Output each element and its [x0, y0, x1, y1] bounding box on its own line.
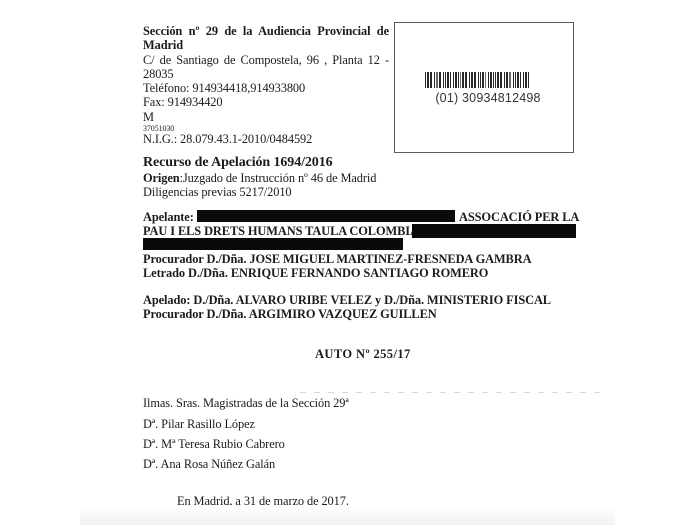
origin-label: Origen [143, 171, 180, 185]
phone-line: Teléfono: 914934418,914933800 [143, 81, 305, 95]
magistrates-heading: Ilmas. Sras. Magistradas de la Sección 2… [143, 396, 349, 410]
apelado-line: Apelado: D./Dña. ALVARO URIBE VELEZ y D.… [143, 293, 551, 307]
court-name-line1: Sección nº 29 de la Audiencia Provincial… [143, 24, 389, 38]
apelante-label: Apelante: [143, 210, 194, 224]
letter-code: M [143, 110, 154, 124]
magistrate-name: Dª. Mª Teresa Rubio Cabrero [143, 437, 285, 451]
magistrate-name: Dª. Ana Rosa Núñez Galán [143, 457, 275, 471]
procurador-apelado: Procurador D./Dña. ARGIMIRO VAZQUEZ GUIL… [143, 307, 437, 321]
address-line2: 28035 [143, 67, 173, 81]
scan-artifact [300, 392, 600, 393]
origin-value: :Juzgado de Instrucción nº 46 de Madrid [180, 171, 377, 185]
nig-line: N.I.G.: 28.079.43.1-2010/0484592 [143, 132, 312, 146]
address-line1: C/ de Santiago de Compostela, 96 , Plant… [143, 53, 389, 67]
document-page: Sección nº 29 de la Audiencia Provincial… [0, 0, 700, 525]
apelante-org-part2: PAU I ELS DRETS HUMANS TAULA COLOMBIA, [143, 224, 422, 238]
fax-line: Fax: 914934420 [143, 95, 222, 109]
barcode-box: (01) 30934812498 [394, 22, 574, 153]
auto-title: AUTO Nº 255/17 [315, 347, 411, 361]
barcode-number: (01) 30934812498 [423, 91, 553, 105]
apelante-org-part1: ASSOCACIÓ PER LA [459, 210, 579, 224]
origin-line: Origen:Juzgado de Instrucción nº 46 de M… [143, 171, 376, 185]
redaction-block-3 [143, 238, 403, 250]
diligencias-line: Diligencias previas 5217/2010 [143, 185, 292, 199]
page-edge-shadow [80, 505, 615, 525]
court-name-line2: Madrid [143, 38, 183, 52]
redaction-block-1 [197, 210, 455, 222]
case-title: Recurso de Apelación 1694/2016 [143, 155, 333, 171]
procurador-apelante: Procurador D./Dña. JOSE MIGUEL MARTINEZ-… [143, 252, 531, 266]
barcode-icon [425, 72, 548, 88]
magistrate-name: Dª. Pilar Rasillo López [143, 417, 255, 431]
redaction-block-2 [412, 224, 576, 238]
letrado-apelante: Letrado D./Dña. ENRIQUE FERNANDO SANTIAG… [143, 266, 488, 280]
